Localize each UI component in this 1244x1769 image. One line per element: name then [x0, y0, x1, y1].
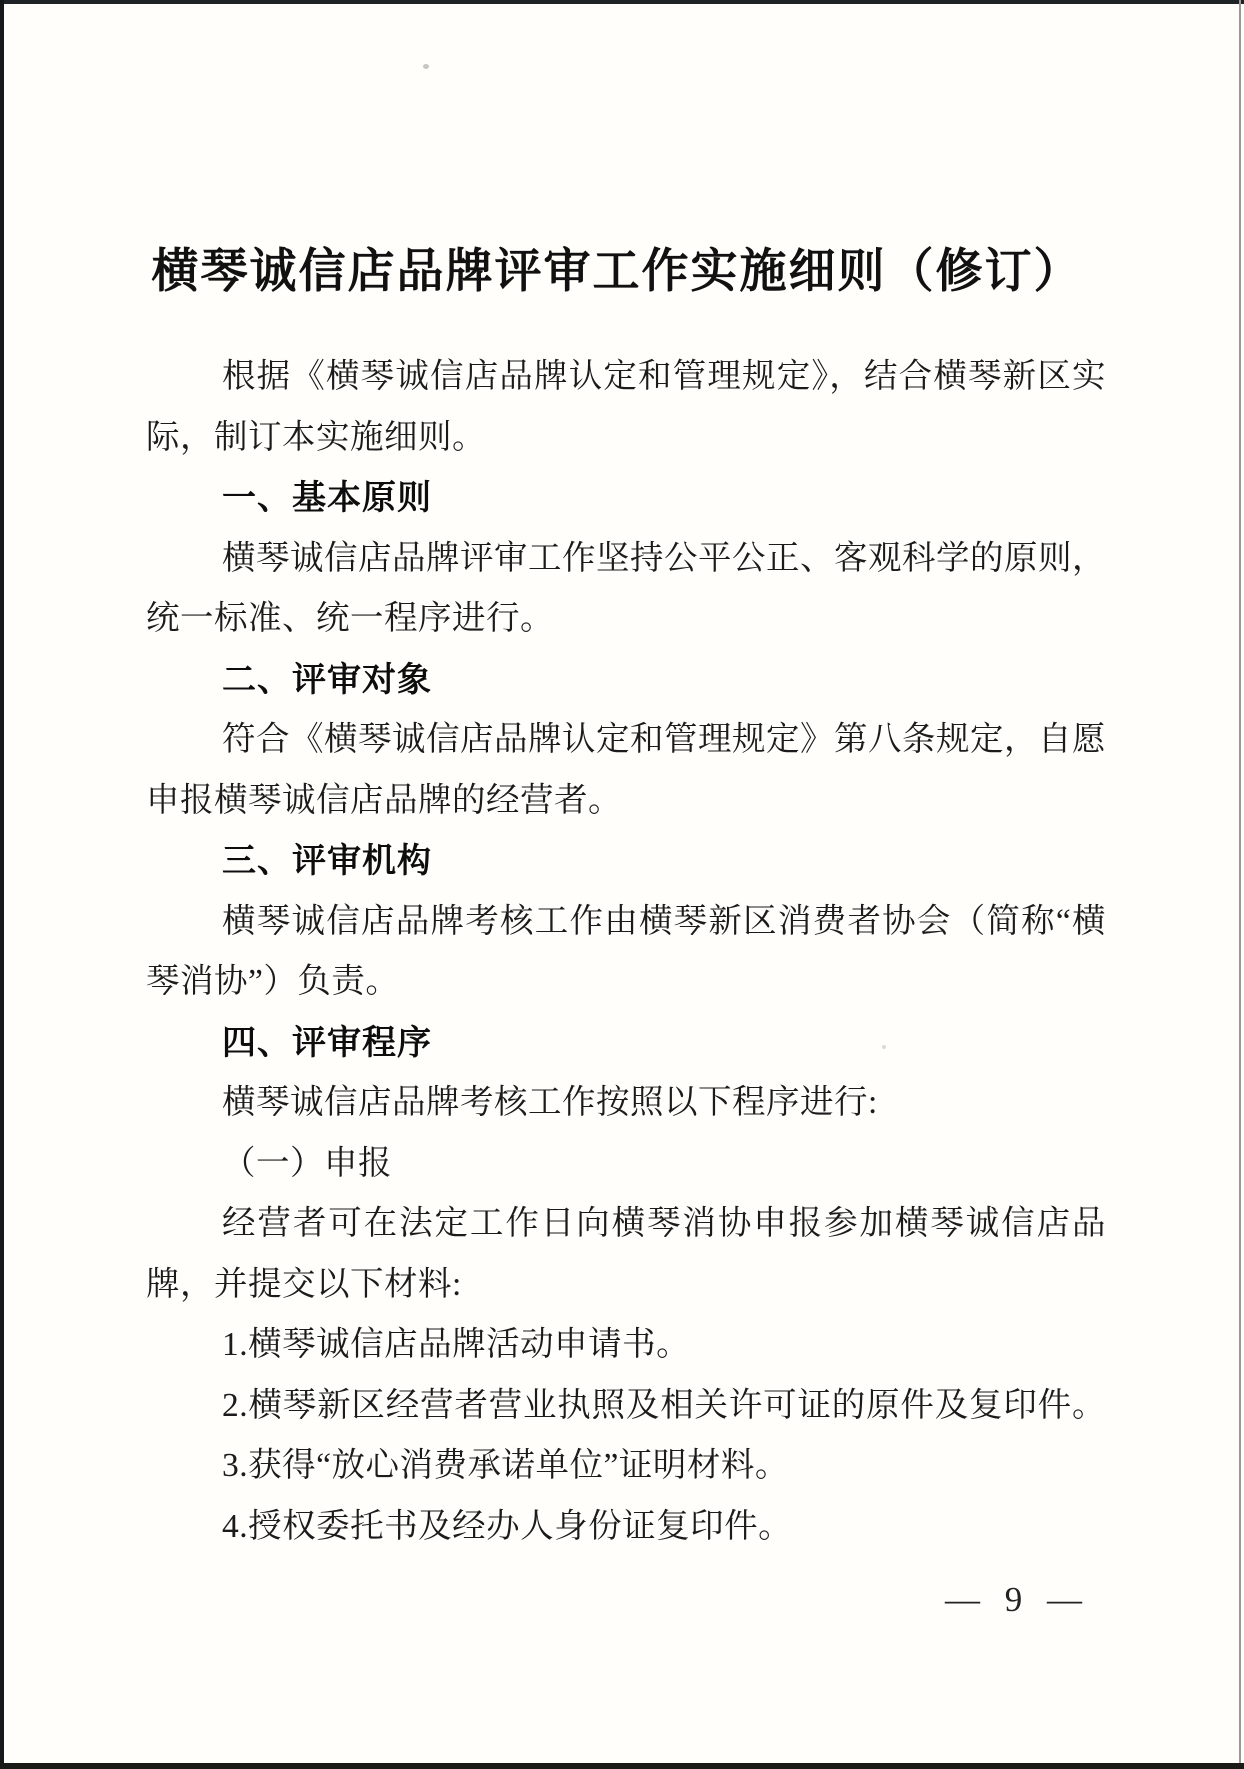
scanned-document-page: 横琴诚信店品牌评审工作实施细则（修订） 根据《横琴诚信店品牌认定和管理规定》，结…: [0, 0, 1244, 1769]
scan-speck: [423, 64, 429, 69]
scan-edge-bottom: [0, 1763, 1244, 1769]
document-line: 横琴诚信店品牌评审工作坚持公平公正、客观科学的原则，: [146, 529, 1106, 590]
section-heading: 四、评审程序: [146, 1013, 1106, 1074]
document-title: 横琴诚信店品牌评审工作实施细则（修订）: [0, 231, 1234, 313]
document-line: 琴消协”）负责。: [146, 952, 1106, 1013]
document-line: 2.横琴新区经营者营业执照及相关许可证的原件及复印件。: [146, 1376, 1106, 1437]
document-line: 4.授权委托书及经办人身份证复印件。: [146, 1497, 1106, 1558]
scan-edge-top: [0, 0, 1244, 4]
document-line: 3.获得“放心消费承诺单位”证明材料。: [146, 1436, 1106, 1497]
document-body: 根据《横琴诚信店品牌认定和管理规定》，结合横琴新区实际，制订本实施细则。一、基本…: [146, 347, 1106, 1557]
document-line: 牌，并提交以下材料:: [146, 1255, 1106, 1316]
document-line: 际，制订本实施细则。: [146, 408, 1106, 469]
document-line: 符合《横琴诚信店品牌认定和管理规定》第八条规定，自愿: [146, 710, 1106, 771]
section-heading: 三、评审机构: [146, 831, 1106, 892]
document-line: 1.横琴诚信店品牌活动申请书。: [146, 1315, 1106, 1376]
scan-edge-right: [1239, 0, 1241, 1769]
document-line: 根据《横琴诚信店品牌认定和管理规定》，结合横琴新区实: [146, 347, 1106, 408]
page-number: — 9 —: [945, 1578, 1086, 1622]
document-line: 申报横琴诚信店品牌的经营者。: [146, 771, 1106, 832]
document-line: 横琴诚信店品牌考核工作按照以下程序进行:: [146, 1073, 1106, 1134]
document-line: 统一标准、统一程序进行。: [146, 589, 1106, 650]
document-line: （一）申报: [146, 1134, 1106, 1195]
document-line: 横琴诚信店品牌考核工作由横琴新区消费者协会（简称“横: [146, 892, 1106, 953]
section-heading: 二、评审对象: [146, 650, 1106, 711]
document-line: 经营者可在法定工作日向横琴消协申报参加横琴诚信店品: [146, 1194, 1106, 1255]
section-heading: 一、基本原则: [146, 468, 1106, 529]
